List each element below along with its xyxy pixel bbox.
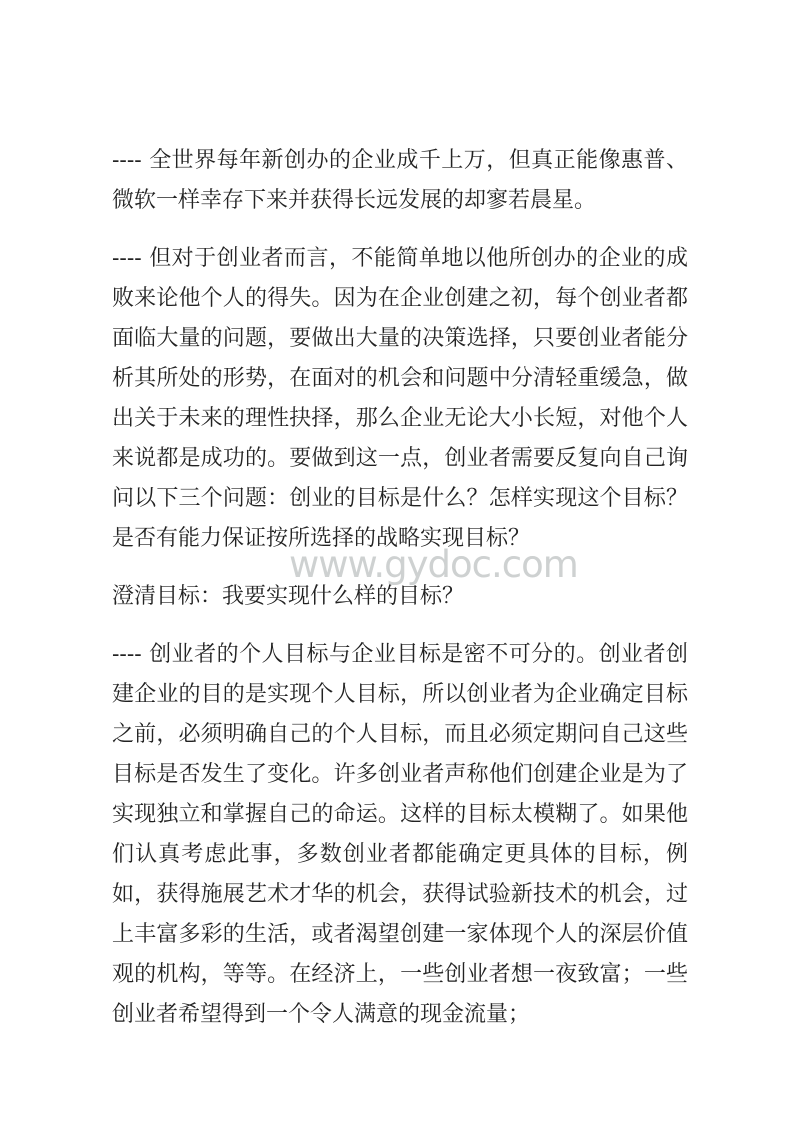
paragraph: ---- 全世界每年新创办的企业成千上万，但真正能像惠普、微软一样幸存下来并获得…	[112, 141, 688, 221]
section-heading: 澄清目标：我要实现什么样的目标？	[112, 577, 688, 617]
document-page: www.gydoc.com ---- 全世界每年新创办的企业成千上万，但真正能像…	[0, 0, 800, 1132]
paragraph: ---- 创业者的个人目标与企业目标是密不可分的。创业者创建企业的目的是实现个人…	[112, 635, 688, 1035]
document-body: ---- 全世界每年新创办的企业成千上万，但真正能像惠普、微软一样幸存下来并获得…	[0, 0, 800, 1035]
paragraph: ---- 但对于创业者而言，不能简单地以他所创办的企业的成败来论他个人的得失。因…	[112, 239, 688, 559]
